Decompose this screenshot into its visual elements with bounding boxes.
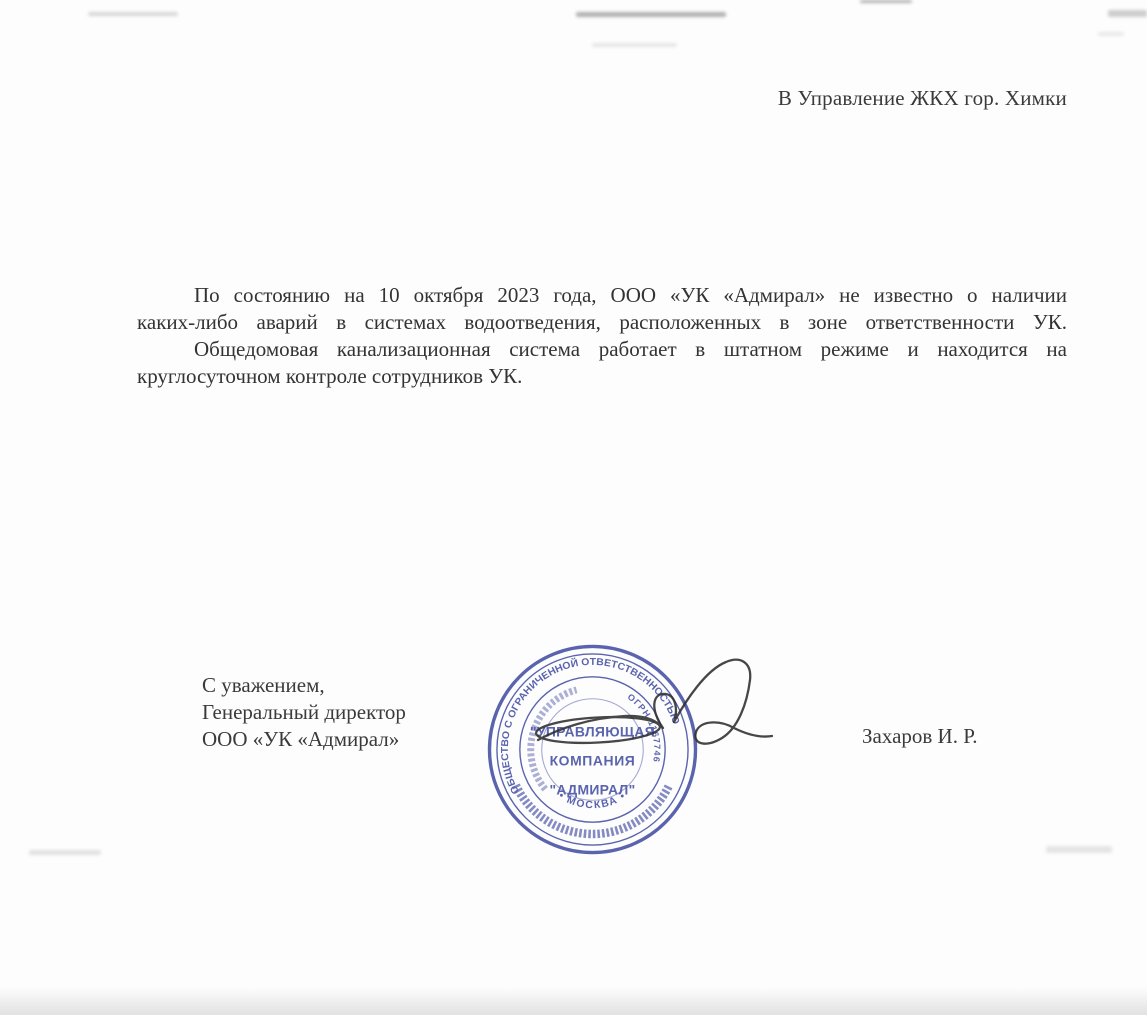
scan-artifact: [1098, 32, 1124, 36]
scan-edge-shadow: [0, 987, 1147, 1015]
scanned-letter-page: В Управление ЖКХ гор. Химки По состоянию…: [0, 0, 1147, 1015]
letter-body: По состоянию на 10 октября 2023 года, ОО…: [137, 282, 1067, 390]
scan-artifact: [1046, 846, 1112, 853]
closing-line-1: С уважением,: [202, 672, 406, 699]
scan-artifact: [29, 850, 101, 855]
scan-artifact: [576, 12, 726, 17]
recipient-line: В Управление ЖКХ гор. Химки: [778, 86, 1067, 111]
stamp-center-line-3: "АДМИРАЛ": [549, 781, 635, 797]
scan-artifact: [88, 12, 178, 16]
body-line-1: По состоянию на 10 октября 2023 года, ОО…: [137, 282, 1067, 309]
scan-artifact: [1108, 10, 1147, 17]
closing-line-2: Генеральный директор: [202, 699, 406, 726]
body-line-4: круглосуточном контроле сотрудников УК.: [137, 363, 1067, 390]
closing-block: С уважением, Генеральный директор ООО «У…: [202, 672, 406, 753]
handwritten-signature: [500, 640, 820, 780]
closing-line-3: ООО «УК «Адмирал»: [202, 726, 406, 753]
scan-artifact: [592, 43, 677, 47]
body-line-3: Общедомовая канализационная система рабо…: [137, 336, 1067, 363]
scan-artifact: [860, 0, 912, 3]
body-line-2: каких-либо аварий в системах водоотведен…: [137, 309, 1067, 336]
signer-name: Захаров И. Р.: [862, 724, 978, 749]
